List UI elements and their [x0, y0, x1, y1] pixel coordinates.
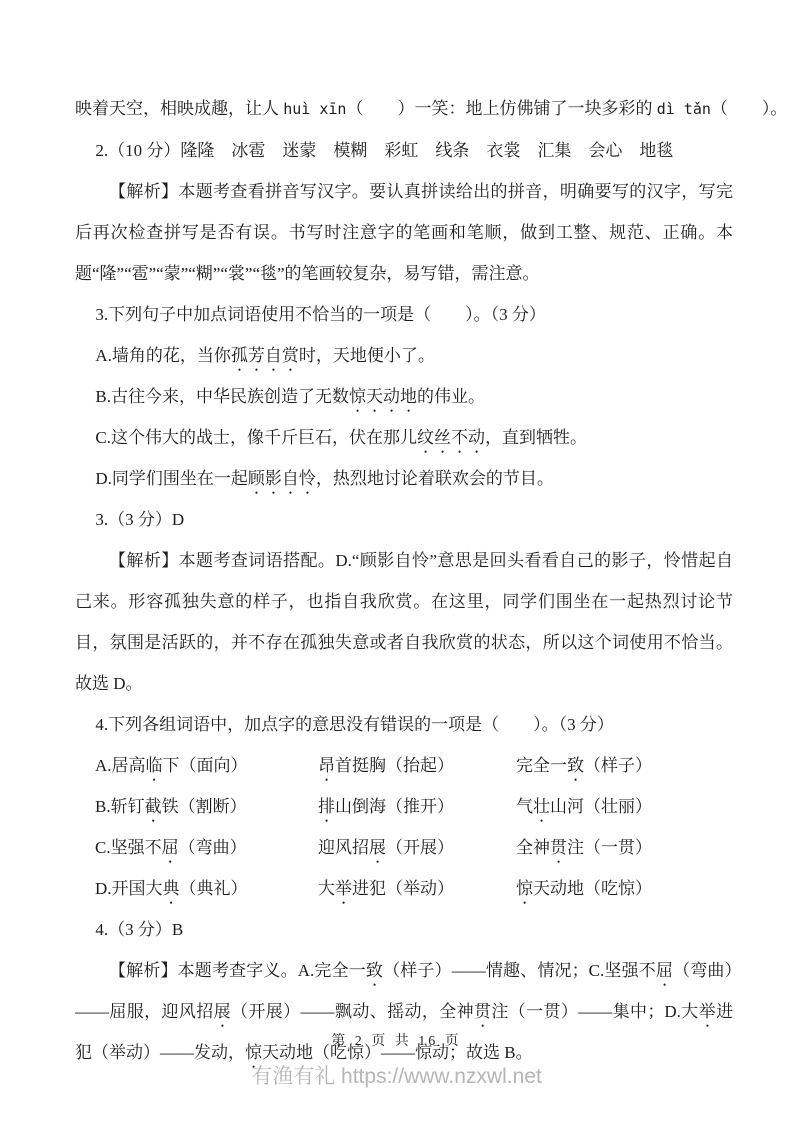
text-run: （弯曲） — [179, 838, 247, 857]
word-group-cell: 气壮山河（壮丽） — [516, 786, 652, 827]
text-run: 【解析】本题考查看拼音写汉字。要认真拼读给出的拼音，明确要写的汉字，写完后再次检… — [75, 182, 733, 283]
text-run: 2.（10 分）隆隆 冰雹 迷蒙 模糊 彩虹 线条 衣裳 汇集 会心 地毯 — [95, 141, 673, 160]
word-group-cell: C.坚强不屈（弯曲） — [95, 838, 247, 857]
emphasized-term: 惊天动地 — [349, 387, 417, 406]
word-group-cell: 惊天动地（吃惊） — [516, 868, 652, 909]
emphasized-term: 展 — [369, 838, 386, 857]
question-3-option-a: A.墙角的花，当你孤芳自赏时，天地便小了。 — [75, 335, 733, 376]
text-run: （开展） — [386, 838, 454, 857]
question-3-option-b: B.古往今来，中华民族创造了无数惊天动地的伟业。 — [75, 376, 733, 417]
pinyin-text: huì xīn — [283, 100, 346, 118]
text-run: 进犯（举动） — [352, 879, 454, 898]
emphasized-term: 截 — [145, 797, 162, 816]
text-run: C.这个伟大的战士，像千斤巨石，伏在那儿 — [95, 428, 417, 447]
text-run: 4.（3 分）B — [95, 920, 183, 939]
text-run: 4.下列各组词语中，加点字的意思没有错误的一项是（ ）。（3 分） — [95, 715, 614, 734]
text-run: ，直到牺牲。 — [485, 428, 587, 447]
word-group-cell: 完全一致（样子） — [516, 745, 652, 786]
page-number-indicator: 第 2 页 共 16 页 — [0, 1030, 793, 1050]
document-body: 映着天空，相映成趣，让人 huì xīn（ ）一笑：地上仿佛铺了一块多彩的 dì… — [75, 88, 733, 1073]
analysis-2: 【解析】本题考查看拼音写汉字。要认真拼读给出的拼音，明确要写的汉字，写完后再次检… — [75, 171, 733, 294]
text-run: 注（一贯） — [567, 838, 652, 857]
pinyin-text: dì tǎn — [657, 100, 711, 118]
analysis-4: 【解析】本题考查字义。A.完全一致（样子）——情趣、情况；C.坚强不屈（弯曲）—… — [75, 950, 733, 1073]
emphasized-term: 贯 — [550, 838, 567, 857]
emphasized-term: 屈 — [656, 961, 673, 980]
emphasized-term: 典 — [163, 879, 180, 898]
emphasized-term: 壮 — [533, 797, 550, 816]
word-group-cell: 迎风招展（开展） — [318, 827, 454, 868]
text-run: 铁（割断） — [162, 797, 247, 816]
emphasized-term: 屈 — [162, 838, 179, 857]
emphasized-term: 展 — [214, 1002, 231, 1021]
analysis-3: 【解析】本题考查词语搭配。D.“顾影自怜”意思是回头看看自己的影子，怜惜起自己来… — [75, 540, 733, 704]
text-run: 全神 — [516, 838, 550, 857]
question-3-option-c: C.这个伟大的战士，像千斤巨石，伏在那儿纹丝不动，直到牺牲。 — [75, 417, 733, 458]
text-run: 3.下列句子中加点词语使用不恰当的一项是（ ）。（3 分） — [95, 305, 546, 324]
question-4-option-a: A.居高临下（面向）昂首挺胸（抬起）完全一致（样子） — [75, 745, 733, 786]
question-4-option-d: D.开国大典（典礼）大举进犯（举动）惊天动地（吃惊） — [75, 868, 733, 909]
text-run: B.斩钉 — [95, 797, 145, 816]
text-run: 的伟业。 — [417, 387, 485, 406]
emphasized-term: 贯 — [474, 1002, 491, 1021]
text-run: 3.（3 分）D — [95, 510, 184, 529]
text-run: 下（面向） — [163, 756, 248, 775]
emphasized-term: 昂 — [318, 756, 335, 775]
text-run: （样子） — [584, 756, 652, 775]
site-watermark: 有渔有礼 https://www.nzxwl.net — [0, 1060, 793, 1090]
text-run: 时，天地便小了。 — [299, 346, 435, 365]
text-run: 【解析】本题考查词语搭配。D.“顾影自怜”意思是回头看看自己的影子，怜惜起自己来… — [75, 551, 733, 693]
answer-3: 3.（3 分）D — [75, 499, 733, 540]
text-run: 【解析】本题考查字义。A.完全一 — [109, 961, 366, 980]
text-run: A.墙角的花，当你 — [95, 346, 231, 365]
word-group-cell: 全神贯注（一贯） — [516, 827, 652, 868]
emphasized-term: 惊 — [516, 879, 533, 898]
text-run: 首挺胸（抬起） — [335, 756, 454, 775]
word-group-cell: D.开国大典（典礼） — [95, 879, 248, 898]
question1-continuation-line: 映着天空，相映成趣，让人 huì xīn（ ）一笑：地上仿佛铺了一块多彩的 dì… — [75, 88, 733, 130]
text-run: 映着天空，相映成趣，让人 — [75, 99, 283, 118]
emphasized-term: 孤芳自赏 — [231, 346, 299, 365]
text-run: C.坚强不 — [95, 838, 162, 857]
question-4-stem: 4.下列各组词语中，加点字的意思没有错误的一项是（ ）。（3 分） — [75, 704, 733, 745]
text-run: 山倒海（推开） — [335, 797, 454, 816]
text-run: （开展）——飘动、摇动，全神 — [231, 1002, 474, 1021]
emphasized-term: 临 — [146, 756, 163, 775]
text-run: D.开国大 — [95, 879, 163, 898]
text-run: （样子）——情趣、情况；C.坚强不 — [383, 961, 656, 980]
text-run: （典礼） — [180, 879, 248, 898]
question-4-option-c: C.坚强不屈（弯曲）迎风招展（开展）全神贯注（一贯） — [75, 827, 733, 868]
text-run: 迎风招 — [318, 838, 369, 857]
answer-4: 4.（3 分）B — [75, 909, 733, 950]
text-run: 气 — [516, 797, 533, 816]
text-run: 天动地（吃惊） — [533, 879, 652, 898]
word-group-cell: A.居高临下（面向） — [95, 756, 248, 775]
exam-document-page: 映着天空，相映成趣，让人 huì xīn（ ）一笑：地上仿佛铺了一块多彩的 dì… — [0, 0, 793, 1122]
question-3-option-d: D.同学们围坐在一起顾影自怜，热烈地讨论着联欢会的节目。 — [75, 458, 733, 499]
word-group-cell: 排山倒海（推开） — [318, 786, 454, 827]
text-run: 注（一贯）——集中；D.大 — [491, 1002, 698, 1021]
question-4-option-b: B.斩钉截铁（割断）排山倒海（推开）气壮山河（壮丽） — [75, 786, 733, 827]
text-run: ，热烈地讨论着联欢会的节目。 — [316, 469, 554, 488]
question-3-stem: 3.下列句子中加点词语使用不恰当的一项是（ ）。（3 分） — [75, 294, 733, 335]
emphasized-term: 排 — [318, 797, 335, 816]
text-run: A.居高 — [95, 756, 146, 775]
text-run: D.同学们围坐在一起 — [95, 469, 248, 488]
text-run: （ ）。 — [711, 99, 788, 118]
emphasized-term: 顾影自怜 — [248, 469, 316, 488]
text-run: （ ）一笑：地上仿佛铺了一块多彩的 — [346, 99, 656, 118]
emphasized-term: 举 — [699, 1002, 716, 1021]
text-run: 完全一 — [516, 756, 567, 775]
emphasized-term: 纹丝不动 — [417, 428, 485, 447]
emphasized-term: 举 — [335, 879, 352, 898]
emphasized-term: 致 — [366, 961, 383, 980]
word-group-cell: 昂首挺胸（抬起） — [318, 745, 454, 786]
text-run: B.古往今来，中华民族创造了无数 — [95, 387, 349, 406]
word-group-cell: 大举进犯（举动） — [318, 868, 454, 909]
word-group-cell: B.斩钉截铁（割断） — [95, 797, 247, 816]
answer-2: 2.（10 分）隆隆 冰雹 迷蒙 模糊 彩虹 线条 衣裳 汇集 会心 地毯 — [75, 130, 733, 171]
text-run: 大 — [318, 879, 335, 898]
text-run: 山河（壮丽） — [550, 797, 652, 816]
emphasized-term: 致 — [567, 756, 584, 775]
